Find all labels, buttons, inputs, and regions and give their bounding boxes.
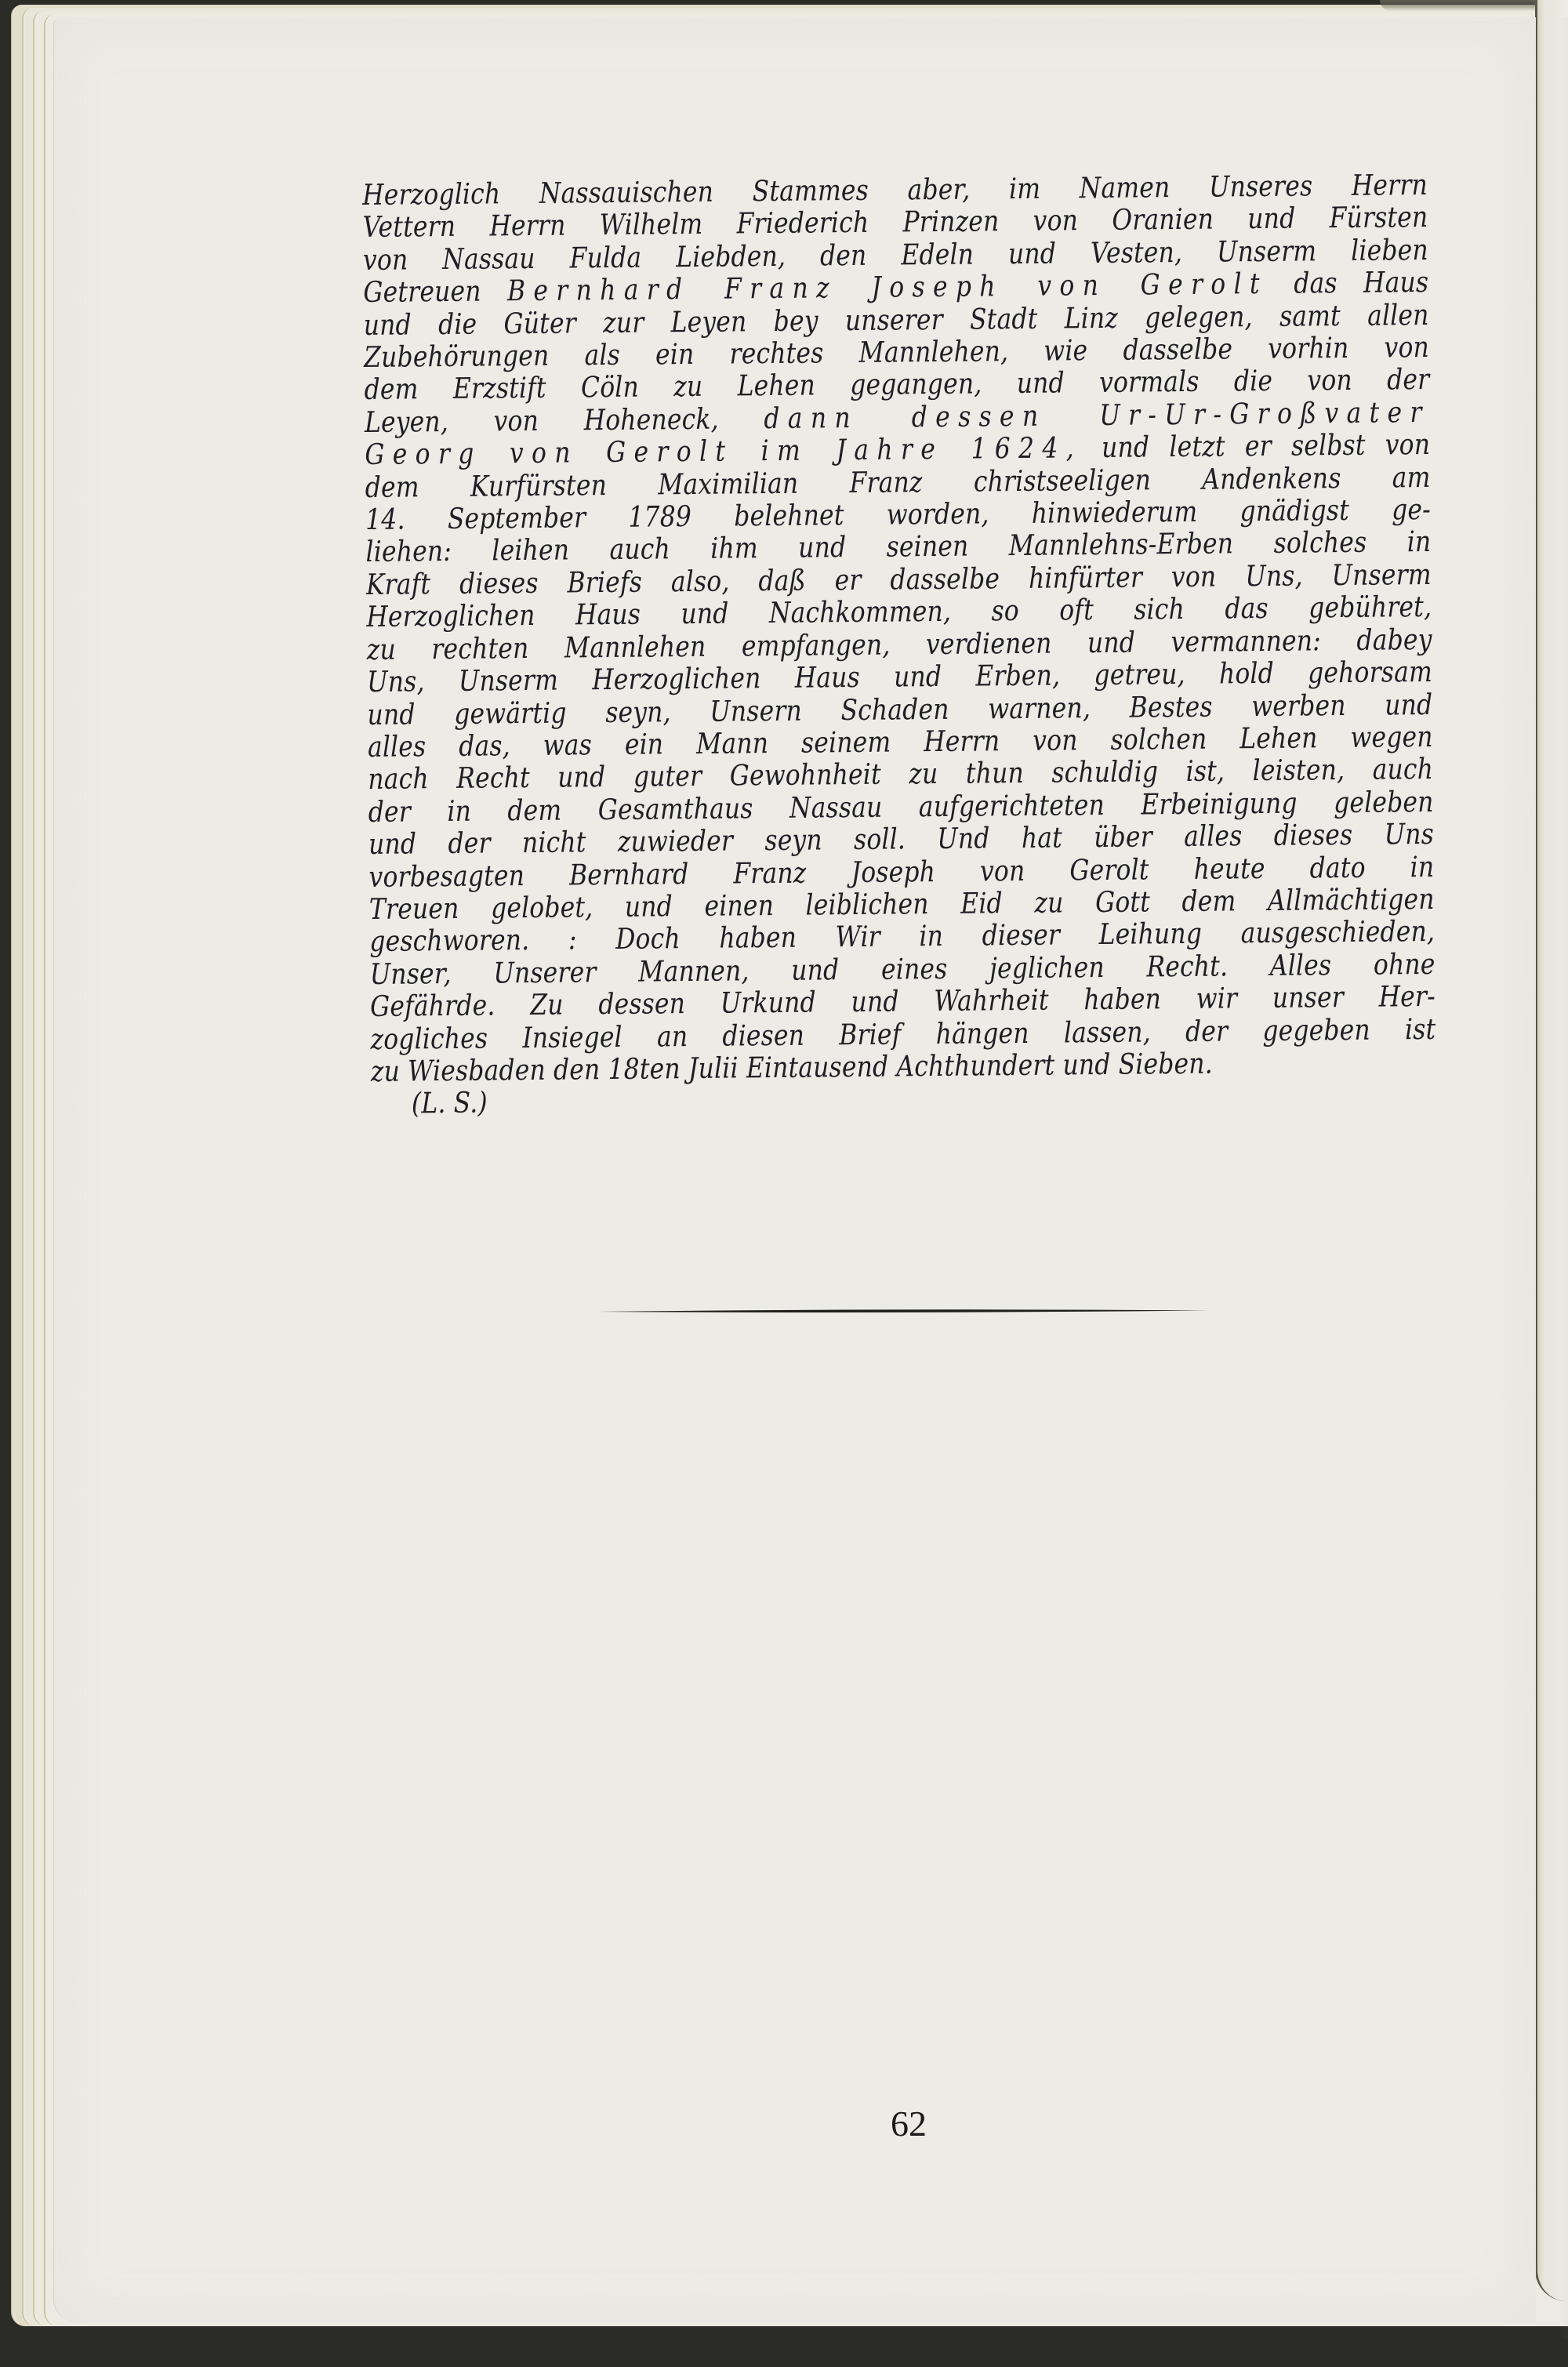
scanned-page-image: Herzoglich Nassauischen Stammes aber, im… bbox=[0, 0, 1568, 2367]
page-number: 62 bbox=[891, 2103, 927, 2144]
text-segment: und letzt er selbst von bbox=[1102, 427, 1430, 464]
text-segment: Getreuen bbox=[363, 274, 481, 309]
binding-shadow bbox=[1380, 0, 1537, 11]
text-segment: das Haus bbox=[1294, 265, 1428, 300]
gutter-shadow bbox=[1559, 17, 1568, 2338]
text-segment: Leyen, von Hoheneck, bbox=[365, 401, 719, 438]
body-text: Herzoglich Nassauischen Stammes aber, im… bbox=[362, 170, 1290, 1120]
section-divider-rule bbox=[597, 1308, 1209, 1314]
